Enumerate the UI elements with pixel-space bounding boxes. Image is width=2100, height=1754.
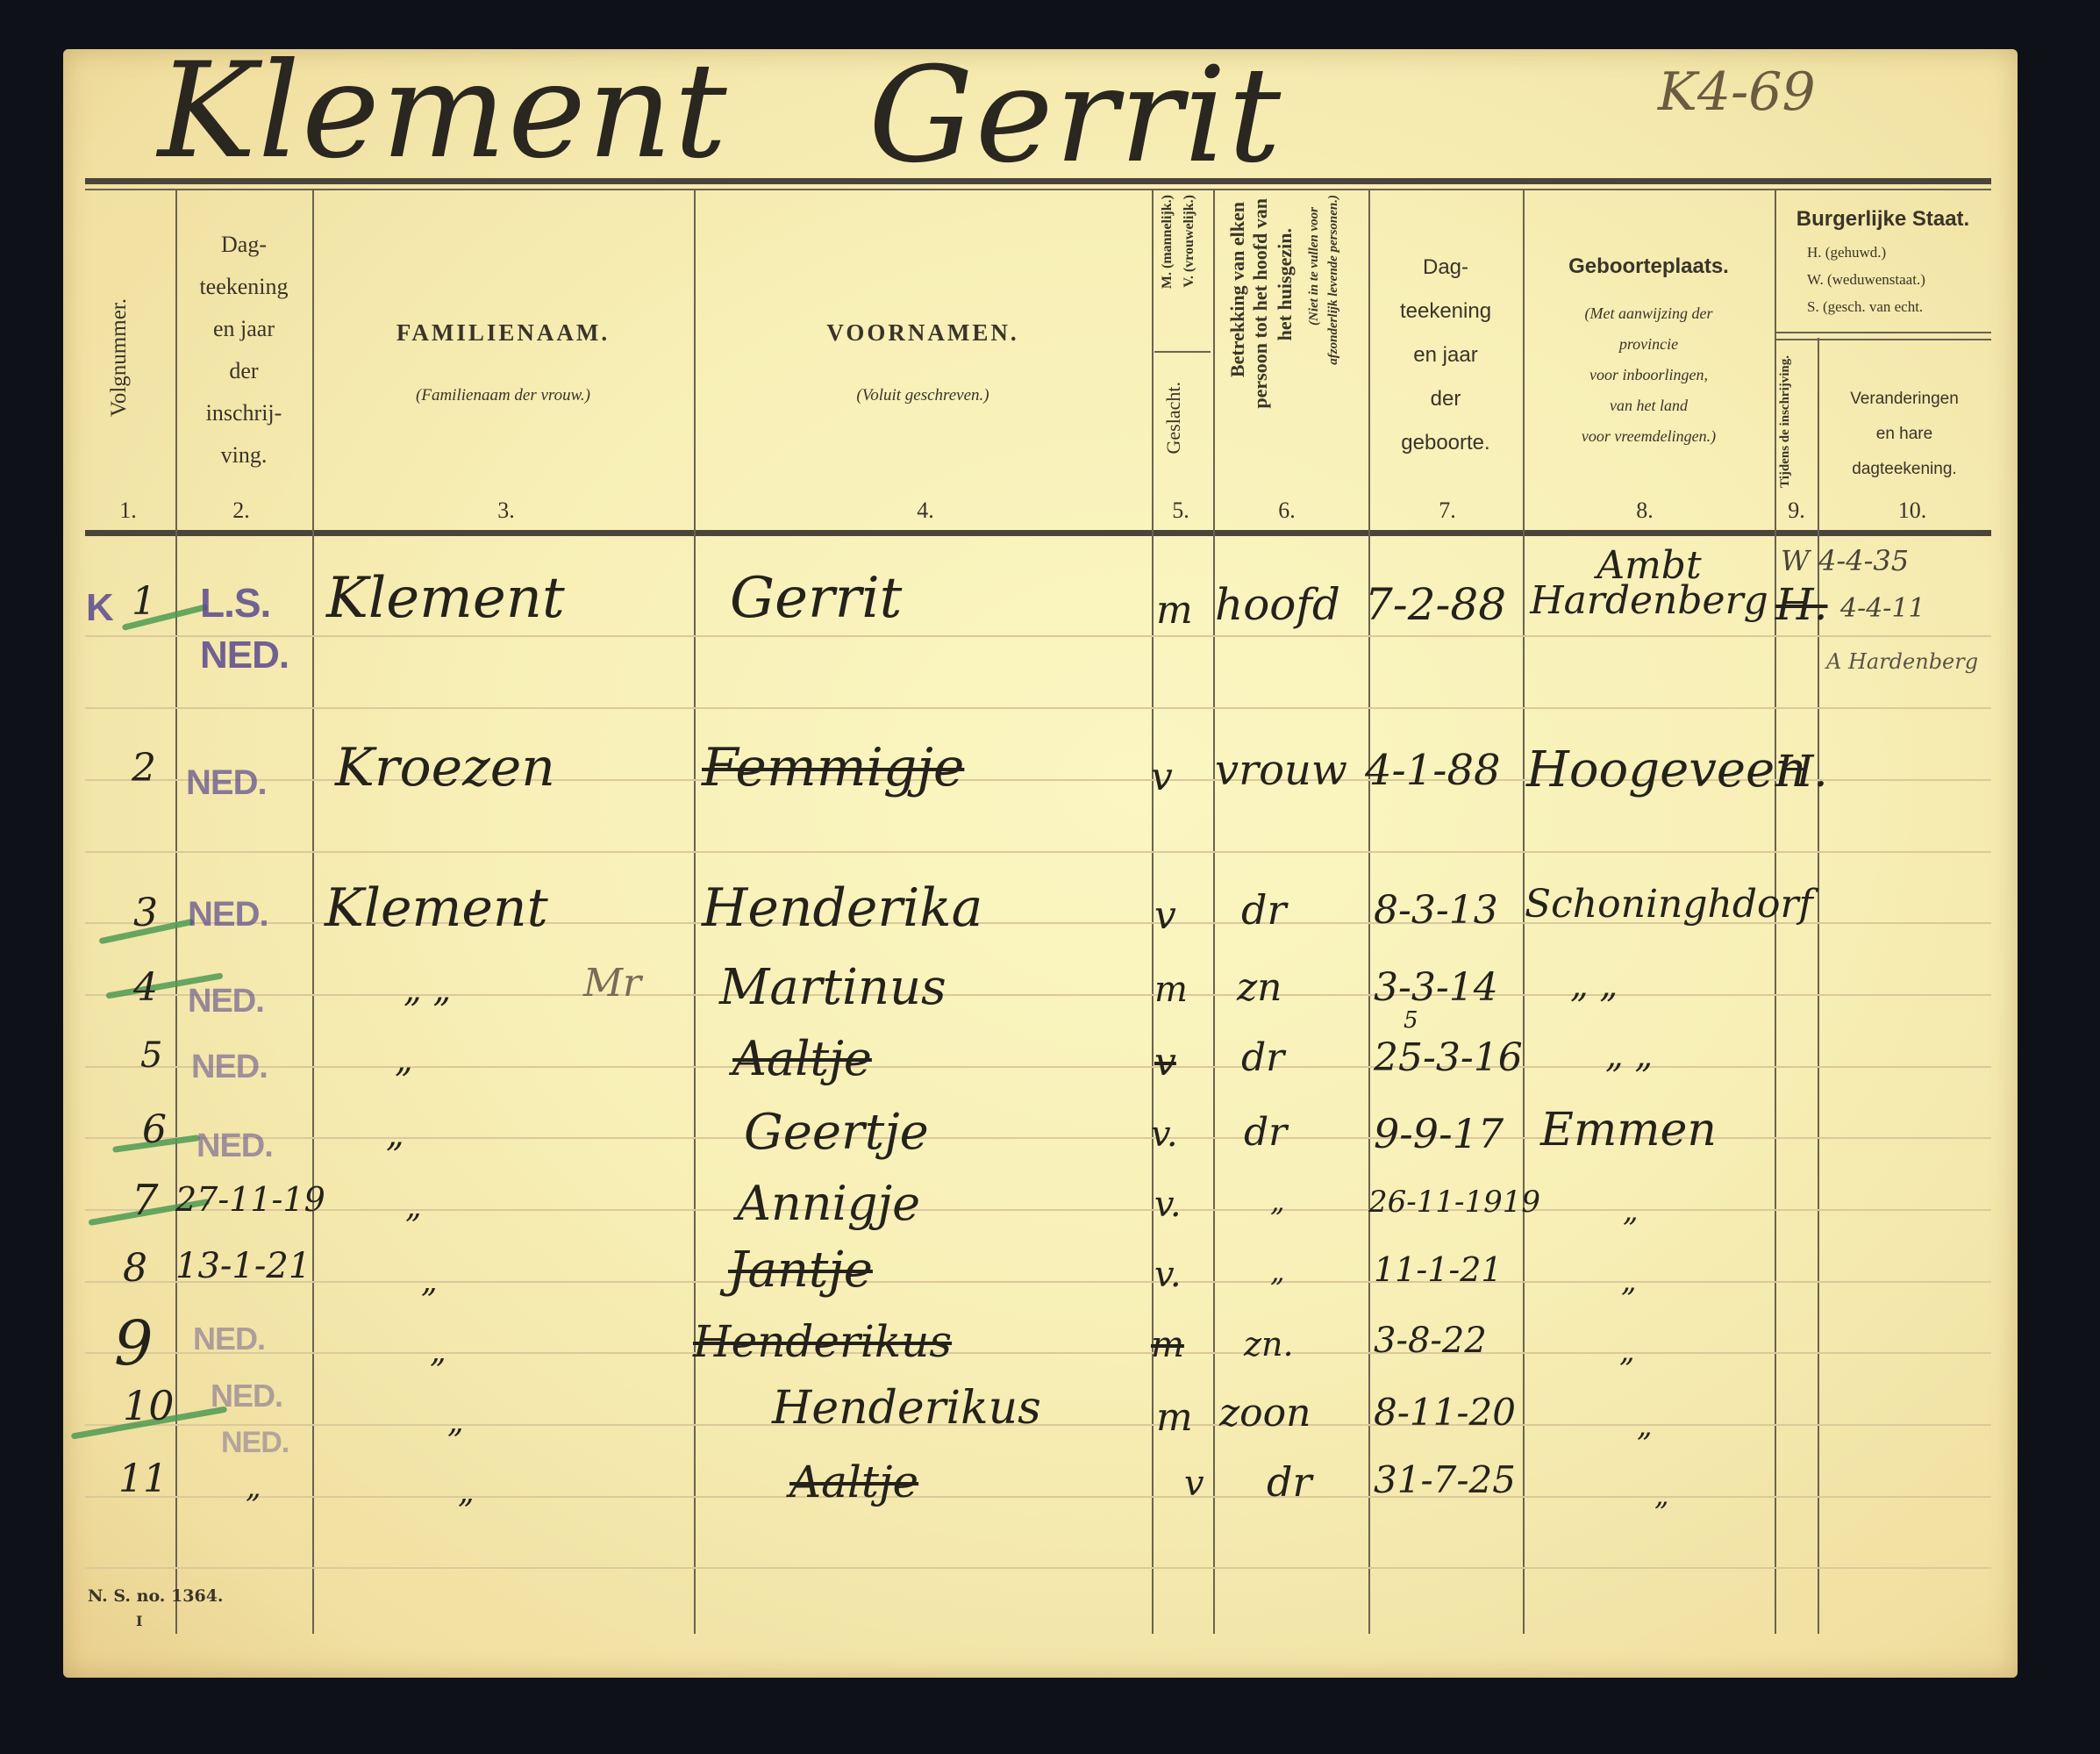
row-birthdate: 3-3-14 [1374, 965, 1498, 1010]
row-birthplace: „ „ [1570, 965, 1618, 1006]
row-surname: Kroezen [335, 737, 555, 798]
nationality-stamp: NED. [186, 763, 267, 803]
row-given-name: Aaltje [789, 1457, 918, 1507]
row-birthdate: 9-9-17 [1374, 1110, 1504, 1157]
row-registration-date: „ [246, 1470, 261, 1505]
colnum-5: 5. [1172, 498, 1189, 524]
row-relation: hoofd [1215, 579, 1340, 630]
row-relation: zoon [1219, 1391, 1311, 1435]
row-relation: dr [1241, 1035, 1284, 1080]
row-surname: „ [386, 1114, 404, 1155]
row-number: 11 [118, 1457, 168, 1501]
row-birthplace: „ [1619, 1334, 1635, 1369]
header-voornamen-sub: (Voluit geschreven.) [694, 386, 1152, 405]
row-relation: zn [1237, 965, 1282, 1010]
form-sub-number: I [136, 1613, 142, 1629]
ruled-line [85, 994, 1991, 996]
row-birthplace: „ [1654, 1478, 1669, 1512]
row-number: 1 [132, 579, 156, 624]
row-surname: Klement [326, 566, 565, 631]
row-relation: „ [1270, 1185, 1285, 1218]
row-prefix-stamp: K [86, 586, 113, 630]
row-surname: „ [405, 1189, 422, 1225]
row-sex: v [1184, 1464, 1204, 1504]
row-relation: dr [1267, 1458, 1311, 1506]
header-geboortedatum: Dag-teekeningen jaar dergeboorte. [1368, 246, 1523, 465]
row-relation: zn. [1244, 1325, 1294, 1364]
row-given-name: Henderikus [772, 1382, 1041, 1435]
row-relation: dr [1241, 886, 1286, 934]
row-number: 8 [123, 1246, 147, 1291]
row-registration-date: 27-11-19 [175, 1180, 325, 1219]
ruled-line [85, 1209, 1991, 1211]
header-inschrijving: Dag-teekeningen jaar derinschrij-ving. [175, 224, 312, 476]
ruled-line [85, 635, 1991, 637]
header-relation-note-1: (Niet in te vullen voor [1307, 207, 1322, 326]
row-surname: „ „ [404, 970, 451, 1010]
nationality-stamp: NED. [193, 1321, 265, 1357]
colnum-6: 6. [1278, 498, 1296, 524]
nationality-stamp: NED. [188, 895, 268, 934]
row-relation: „ [1270, 1255, 1285, 1288]
row-relation: dr [1244, 1110, 1287, 1155]
row-number: 6 [142, 1107, 167, 1152]
header-volgnummer: Volgnummer. [107, 298, 132, 417]
header-geboorteplaats: Geboorteplaats. [1523, 254, 1775, 279]
row-number: 7 [132, 1176, 159, 1225]
nationality-stamp: NED. [211, 1378, 282, 1414]
row-registration-stamp: L.S. [200, 579, 270, 626]
header-sex-m: M. (mannelijk.) [1160, 195, 1175, 289]
row-given-name: Henderikus [693, 1316, 952, 1367]
ruled-line [85, 1352, 1991, 1354]
row-sex: m [1156, 1395, 1193, 1440]
header-tijdens-inschrijving: Tijdens de inschrijving. [1777, 355, 1793, 488]
header-bottom-rule [85, 530, 1991, 536]
ruled-line [85, 1066, 1991, 1068]
row-given-name: Martinus [719, 959, 946, 1016]
row-civil-status: H. [1775, 746, 1828, 797]
colnum-7: 7. [1439, 498, 1456, 524]
row-surname: „ [447, 1404, 464, 1440]
row-number: 10 [123, 1382, 175, 1429]
row-relation: vrouw [1215, 746, 1347, 795]
row-birthdate-correction: 5 [1404, 1007, 1418, 1034]
colnum-2: 2. [232, 498, 250, 524]
colnum-8: 8. [1636, 498, 1654, 524]
divider-2 [312, 190, 314, 1634]
row-birthdate: 3-8-22 [1374, 1321, 1487, 1361]
ruled-line [85, 851, 1991, 853]
nationality-stamp: NED. [191, 1049, 268, 1086]
row-given-name: Jantje [728, 1242, 873, 1299]
nationality-stamp: NED. [188, 983, 264, 1020]
colnum-1: 1. [119, 498, 137, 524]
row-birthplace: „ „ [1605, 1035, 1653, 1076]
ruled-line [85, 1496, 1991, 1498]
nationality-stamp: NED. [200, 634, 289, 677]
row-surname: „ [395, 1040, 413, 1080]
row-birthplace: Emmen [1540, 1104, 1717, 1156]
row-sex: m [1156, 588, 1193, 633]
header-relation-2: persoon tot het hoofd van [1249, 198, 1272, 409]
row-given-name: Femmigje [702, 737, 964, 798]
row-surname: „ [458, 1474, 475, 1510]
row-birthdate: 11-1-21 [1374, 1250, 1503, 1289]
divider-5 [1213, 190, 1215, 1634]
ruled-line [85, 707, 1991, 709]
colnum-4: 4. [917, 498, 934, 524]
header-burgerlijke-staat: Burgerlijke Staat. [1775, 207, 1991, 232]
header-relation-1: Betrekking van elken [1226, 202, 1249, 377]
nationality-stamp-2: NED. [221, 1426, 289, 1460]
header-familienaam: FAMILIENAAM. [312, 319, 694, 347]
row-birthplace: Hoogeveen [1526, 741, 1806, 798]
nationality-stamp: NED. [196, 1128, 273, 1165]
header-familienaam-sub: (Familienaam der vrouw.) [312, 386, 694, 405]
row-surname: „ [430, 1334, 446, 1370]
row-civil-status: H. [1775, 579, 1828, 630]
row-given-name: Gerrit [730, 566, 902, 631]
divider-9 [1818, 338, 1819, 1634]
row-change-1: W 4-4-35 [1781, 544, 1909, 577]
row-birthdate: 7-2-88 [1365, 579, 1506, 630]
top-rule-thin [85, 189, 1991, 190]
colnum-3: 3. [497, 498, 515, 524]
row-surname: Klement [325, 877, 548, 939]
staat-rule-2 [1775, 339, 1991, 340]
row-birthplace: „ [1637, 1408, 1653, 1443]
row-margin-note: Mr [583, 961, 641, 1006]
divider-4 [1152, 190, 1154, 1634]
row-sex: v. [1151, 1114, 1178, 1155]
colnum-10: 10. [1898, 498, 1927, 524]
surname-heading: Klement [158, 35, 729, 188]
row-sex: v. [1154, 1185, 1182, 1225]
row-given-name: Henderika [702, 877, 982, 939]
row-given-name: Aaltje [732, 1031, 872, 1086]
row-birthdate: 25-3-16 [1374, 1035, 1523, 1080]
ruled-line [85, 1281, 1991, 1283]
row-birthdate: 26-11-1919 [1368, 1185, 1540, 1220]
header-sex-v: V. (vrouwelijk.) [1182, 195, 1197, 288]
row-change-3: A Hardenberg [1826, 649, 1978, 674]
row-number: 5 [140, 1035, 162, 1076]
given-name-heading: Gerrit [868, 39, 1282, 192]
header-staat-codes: H. (gehuwd.)W. (weduwenstaat.)S. (gesch.… [1789, 239, 2009, 320]
row-number: 3 [133, 891, 158, 935]
header-geboorteplaats-sub: (Met aanwijzing derprovincievoor inboorl… [1523, 298, 1775, 452]
reference-code: K4-69 [1658, 61, 1816, 123]
row-birthplace: „ [1623, 1193, 1639, 1228]
form-number: N. S. no. 1364. [88, 1586, 224, 1606]
ruled-line [85, 1567, 1991, 1569]
colnum-9: 9. [1788, 498, 1805, 524]
header-relation-3: het huisgezin. [1274, 228, 1296, 340]
header-veranderingen: Veranderingenen haredagteekening. [1818, 382, 1991, 487]
staat-rule [1775, 332, 1991, 333]
header-geslacht: Geslacht. [1162, 382, 1185, 454]
header-voornamen: VOORNAMEN. [694, 319, 1152, 347]
row-registration-date: 13-1-21 [175, 1246, 311, 1286]
row-given-name: Annigje [737, 1176, 920, 1231]
row-birthplace: Schoninghdorf [1525, 882, 1813, 927]
row-birthdate: 8-3-13 [1374, 888, 1498, 933]
row-number: 4 [133, 965, 158, 1010]
row-sex: m [1154, 970, 1188, 1010]
row-sex: v. [1154, 1255, 1182, 1295]
row-birthdate: 4-1-88 [1365, 746, 1501, 795]
divider-3 [694, 190, 696, 1634]
row-birthdate: 31-7-25 [1374, 1458, 1516, 1501]
row-number: 9 [114, 1307, 154, 1379]
sex-rule [1154, 351, 1211, 353]
row-sex: v [1154, 893, 1176, 938]
row-given-name: Geertje [744, 1104, 929, 1161]
row-birthplace: Ambt Hardenberg [1526, 548, 1772, 619]
row-birthdate: 8-11-20 [1374, 1391, 1516, 1434]
row-sex: m [1151, 1325, 1184, 1365]
header-relation-note-2: afzonderlijk levende personen.) [1326, 195, 1341, 365]
row-change-2: 4-4-11 [1840, 593, 1925, 624]
row-sex: v [1151, 755, 1173, 799]
row-number: 2 [132, 746, 156, 791]
row-birthplace: „ [1621, 1264, 1637, 1299]
row-sex: v [1154, 1040, 1176, 1085]
top-rule [85, 178, 1991, 184]
row-surname: „ [421, 1264, 438, 1299]
